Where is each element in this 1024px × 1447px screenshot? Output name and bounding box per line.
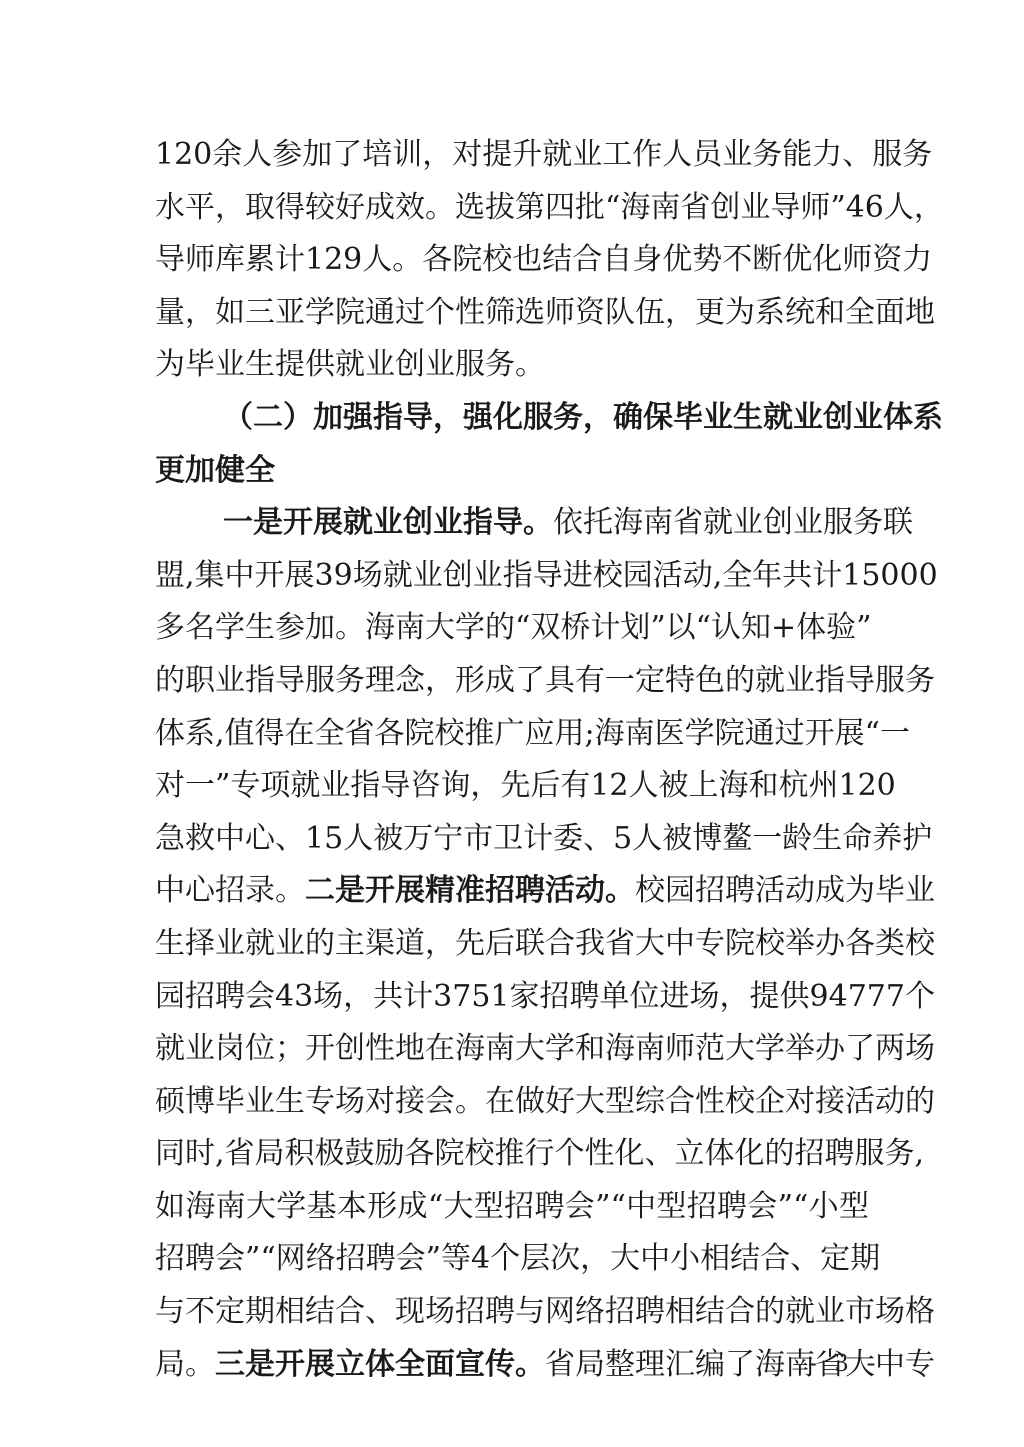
text-span: 校园招聘活动成为毕业 [635,873,935,908]
bold-lead: 一是开展就业创业指导。 [223,505,553,540]
paragraph-line: 就业岗位；开创性地在海南大学和海南师范大学举办了两场 [155,1023,869,1076]
text-line: 为毕业生提供就业创业服务。 [155,339,869,392]
bold-lead: 三是开展立体全面宣传。 [215,1347,545,1382]
section-heading: （二）加强指导，强化服务，确保毕业生就业创业体系 [155,392,869,445]
section-heading-continued: 更加健全 [155,445,869,498]
paragraph-line: 招聘会”“网络招聘会”等4个层次，大中小相结合、定期 [155,1233,869,1286]
paragraph-line: 与不定期相结合、现场招聘与网络招聘相结合的就业市场格 [155,1286,869,1339]
text-span: 依托海南省就业创业服务联 [553,505,913,540]
paragraph-line: 生择业就业的主渠道，先后联合我省大中专院校举办各类校 [155,918,869,971]
text-line: 120余人参加了培训，对提升就业工作人员业务能力、服务 [155,129,869,182]
text-line: 水平，取得较好成效。选拔第四批“海南省创业导师”46人， [155,182,869,235]
paragraph-line: 局。三是开展立体全面宣传。省局整理汇编了海南省大中专 [155,1339,869,1392]
paragraph-line: 硕博毕业生专场对接会。在做好大型综合性校企对接活动的 [155,1076,869,1129]
page-number: - 3 - [808,1348,881,1378]
text-span: 局。 [155,1347,215,1382]
paragraph-line: 的职业指导服务理念，形成了具有一定特色的就业指导服务 [155,655,869,708]
paragraph-line: 一是开展就业创业指导。依托海南省就业创业服务联 [155,497,869,550]
document-page: 120余人参加了培训，对提升就业工作人员业务能力、服务 水平，取得较好成效。选拔… [155,129,869,1391]
bold-lead: 二是开展精准招聘活动。 [305,873,635,908]
paragraph-line: 对一”专项就业指导咨询，先后有12人被上海和杭州120 [155,760,869,813]
paragraph-line: 同时,省局积极鼓励各院校推行个性化、立体化的招聘服务, [155,1128,869,1181]
paragraph-line: 盟,集中开展39场就业创业指导进校园活动,全年共计15000 [155,550,869,603]
paragraph-line: 体系,值得在全省各院校推广应用;海南医学院通过开展“一 [155,708,869,761]
text-span: 中心招录。 [155,873,305,908]
paragraph-line: 中心招录。二是开展精准招聘活动。校园招聘活动成为毕业 [155,865,869,918]
paragraph-line: 园招聘会43场，共计3751家招聘单位进场，提供94777个 [155,971,869,1024]
paragraph-line: 如海南大学基本形成“大型招聘会”“中型招聘会”“小型 [155,1181,869,1234]
text-line: 导师库累计129人。各院校也结合自身优势不断优化师资力 [155,234,869,287]
paragraph-line: 多名学生参加。海南大学的“双桥计划”以“认知+体验” [155,602,869,655]
text-line: 量，如三亚学院通过个性筛选师资队伍，更为系统和全面地 [155,287,869,340]
paragraph-line: 急救中心、15人被万宁市卫计委、5人被博鳌一龄生命养护 [155,813,869,866]
